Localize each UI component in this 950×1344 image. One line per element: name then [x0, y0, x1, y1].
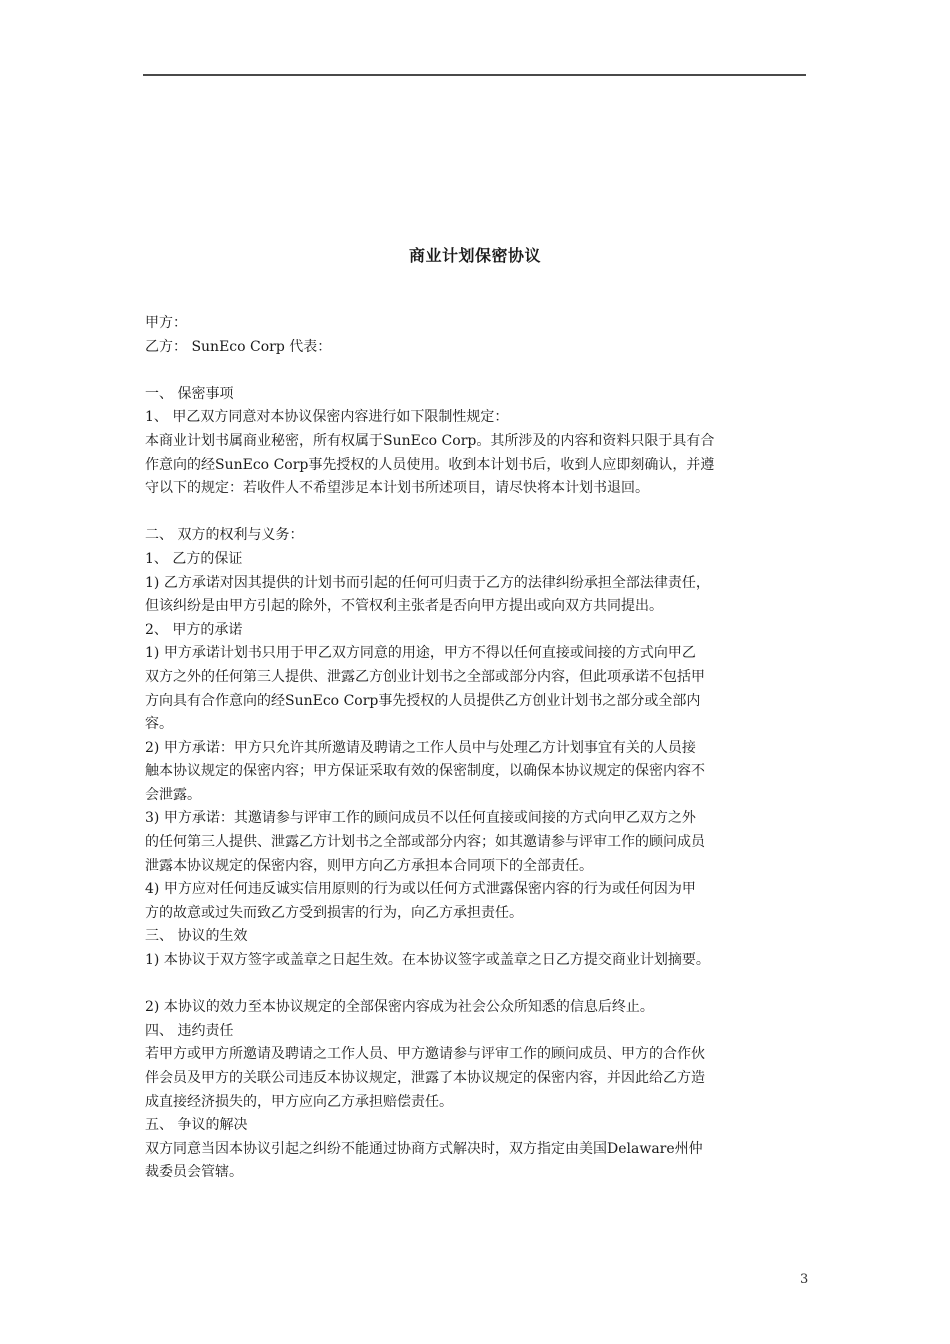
body-line: 1、 乙方的保证: [145, 548, 825, 572]
section-heading: 三、 协议的生效: [145, 925, 825, 949]
document-title: 商业计划保密协议: [0, 243, 950, 266]
blank-line: [145, 501, 825, 525]
body-line: 2、 甲方的承诺: [145, 619, 825, 643]
body-line: 成直接经济损失的，甲方应向乙方承担赔偿责任。: [145, 1091, 825, 1115]
section-heading: 一、 保密事项: [145, 383, 825, 407]
body-line: 作意向的经SunEco Corp事先授权的人员使用。收到本计划书后，收到人应即刻…: [145, 454, 825, 478]
body-line: 方的故意或过失而致乙方受到损害的行为，向乙方承担责任。: [145, 902, 825, 926]
body-line: 乙方： SunEco Corp 代表：: [145, 336, 825, 360]
section-heading: 五、 争议的解决: [145, 1114, 825, 1138]
body-line: 触本协议规定的保密内容；甲方保证采取有效的保密制度，以确保本协议规定的保密内容不: [145, 760, 825, 784]
body-line: 方向具有合作意向的经SunEco Corp事先授权的人员提供乙方创业计划书之部分…: [145, 690, 825, 714]
body-line: 伴会员及甲方的关联公司违反本协议规定，泄露了本协议规定的保密内容，并因此给乙方造: [145, 1067, 825, 1091]
body-line: 1) 甲方承诺计划书只用于甲乙双方同意的用途，甲方不得以任何直接或间接的方式向甲…: [145, 642, 825, 666]
body-line: 1、 甲乙双方同意对本协议保密内容进行如下限制性规定：: [145, 406, 825, 430]
header-rule: [143, 74, 806, 76]
blank-line: [145, 973, 825, 997]
body-line: 若甲方或甲方所邀请及聘请之工作人员、甲方邀请参与评审工作的顾问成员、甲方的合作伙: [145, 1043, 825, 1067]
body-line: 3) 甲方承诺：其邀请参与评审工作的顾问成员不以任何直接或间接的方式向甲乙双方之…: [145, 807, 825, 831]
document-body: 甲方：乙方： SunEco Corp 代表：一、 保密事项1、 甲乙双方同意对本…: [145, 312, 825, 1185]
section-heading: 四、 违约责任: [145, 1020, 825, 1044]
section-heading: 二、 双方的权利与义务：: [145, 524, 825, 548]
body-line: 双方同意当因本协议引起之纠纷不能通过协商方式解决时，双方指定由美国Delawar…: [145, 1138, 825, 1162]
body-line: 的任何第三人提供、泄露乙方计划书之全部或部分内容；如其邀请参与评审工作的顾问成员: [145, 831, 825, 855]
body-line: 裁委员会管辖。: [145, 1161, 825, 1185]
body-line: 本商业计划书属商业秘密，所有权属于SunEco Corp。其所涉及的内容和资料只…: [145, 430, 825, 454]
body-line: 守以下的规定：若收件人不希望涉足本计划书所述项目，请尽快将本计划书退回。: [145, 477, 825, 501]
body-line: 容。: [145, 713, 825, 737]
body-line: 泄露本协议规定的保密内容，则甲方向乙方承担本合同项下的全部责任。: [145, 855, 825, 879]
blank-line: [145, 359, 825, 383]
body-line: 但该纠纷是由甲方引起的除外，不管权利主张者是否向甲方提出或向双方共同提出。: [145, 595, 825, 619]
body-line: 2) 甲方承诺：甲方只允许其所邀请及聘请之工作人员中与处理乙方计划事宜有关的人员…: [145, 737, 825, 761]
body-line: 1) 本协议于双方签字或盖章之日起生效。在本协议签字或盖章之日乙方提交商业计划摘…: [145, 949, 825, 973]
body-line: 甲方：: [145, 312, 825, 336]
body-line: 2) 本协议的效力至本协议规定的全部保密内容成为社会公众所知悉的信息后终止。: [145, 996, 825, 1020]
body-line: 会泄露。: [145, 784, 825, 808]
body-line: 1) 乙方承诺对因其提供的计划书而引起的任何可归责于乙方的法律纠纷承担全部法律责…: [145, 572, 825, 596]
body-line: 4) 甲方应对任何违反诚实信用原则的行为或以任何方式泄露保密内容的行为或任何因为…: [145, 878, 825, 902]
page-number: 3: [800, 1272, 808, 1287]
body-line: 双方之外的任何第三人提供、泄露乙方创业计划书之全部或部分内容，但此项承诺不包括甲: [145, 666, 825, 690]
